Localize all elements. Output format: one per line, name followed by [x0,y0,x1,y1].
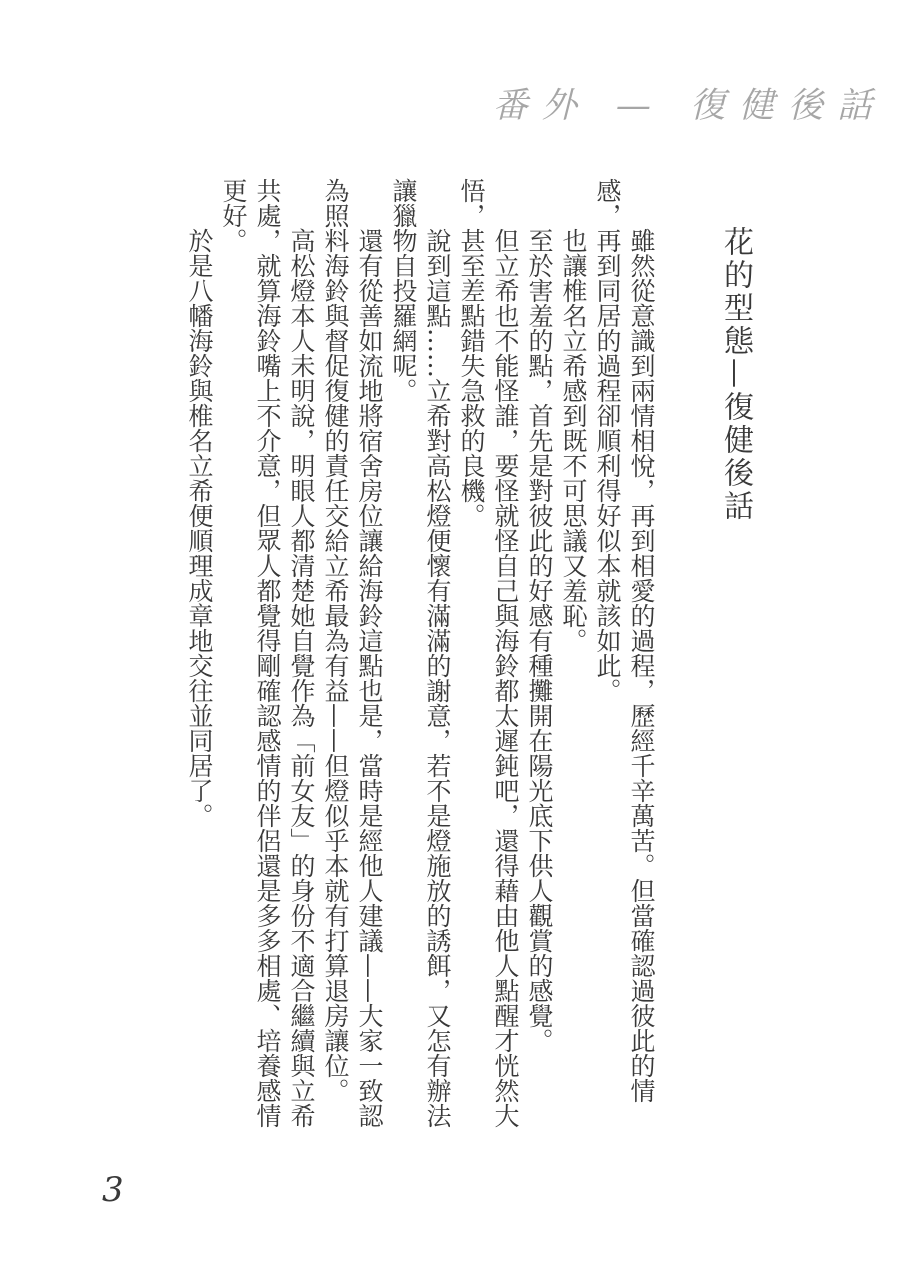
paragraph: 雖然從意識到兩情相悅，再到相愛的過程，歷經千辛萬苦。但當確認過彼此的情感，再到同… [590,178,658,1128]
paragraph: 也讓椎名立希感到既不可思議又羞恥。 [556,178,590,1128]
paragraph: 但立希也不能怪誰，要怪就怪自己與海鈴都太遲鈍吧，還得藉由他人點醒才恍然大悟，甚至… [454,178,522,1128]
paragraph: 高松燈本人未明說，明眼人都清楚她自覺作為「前女友」的身份不適合繼續與立希共處，就… [216,178,318,1128]
body-text: 雖然從意識到兩情相悅，再到相愛的過程，歷經千辛萬苦。但當確認過彼此的情感，再到同… [182,178,658,1128]
chapter-title: 花的型態—復健後話 [713,178,758,1128]
content-area: 花的型態—復健後話 雖然從意識到兩情相悅，再到相愛的過程，歷經千辛萬苦。但當確認… [182,178,758,1128]
paragraph: 還有從善如流地將宿舍房位讓給海鈴這點也是，當時是經他人建議——大家一致認為照料海… [318,178,386,1128]
paragraph: 於是八幡海鈴與椎名立希便順理成章地交往並同居了。 [182,178,216,1128]
paragraph: 說到這點……立希對高松燈便懷有滿滿的謝意，若不是燈施放的誘餌，又怎有辦法讓獵物自… [386,178,454,1128]
running-header: 番外 — 復健後話 [493,78,886,128]
book-page: 番外 — 復健後話 花的型態—復健後話 雖然從意識到兩情相悅，再到相愛的過程，歷… [0,0,910,1276]
paragraph: 至於害羞的點，首先是對彼此的好感有種攤開在陽光底下供人觀賞的感覺。 [522,178,556,1128]
page-number: 3 [102,1170,124,1210]
